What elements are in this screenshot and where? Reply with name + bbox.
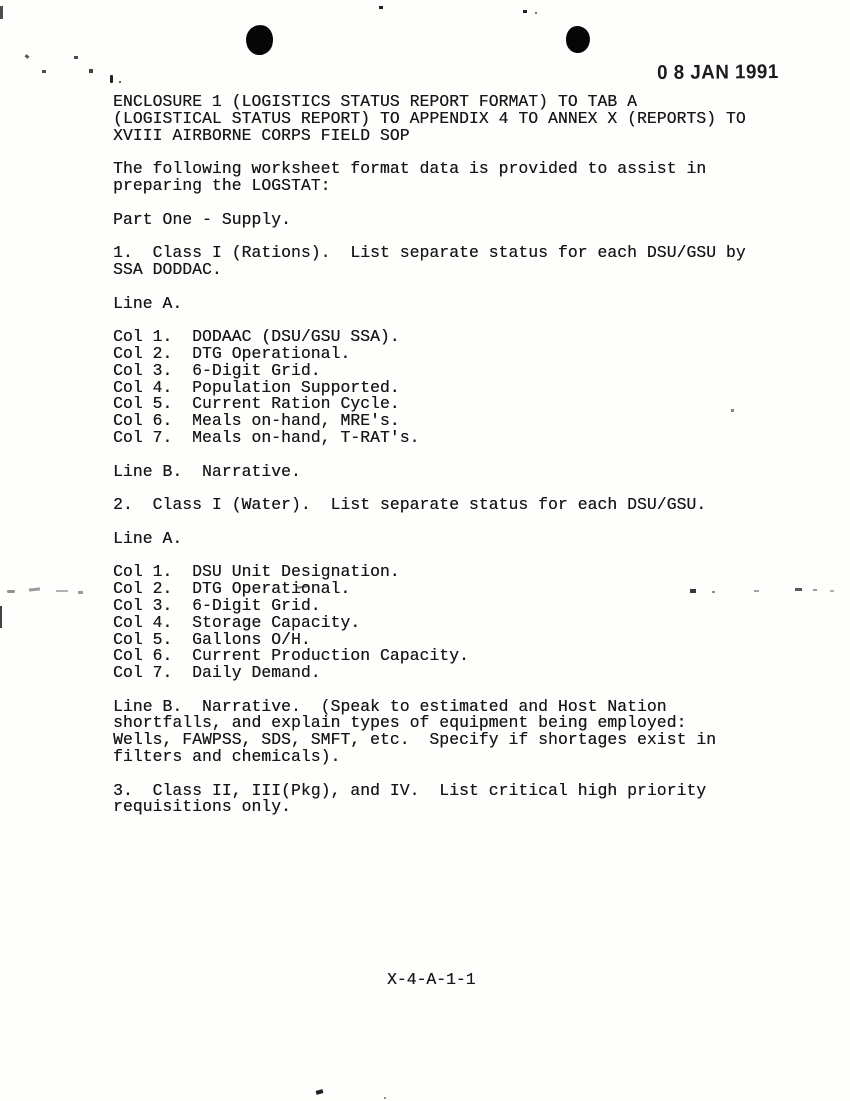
scanned-document-page: 0 8 JAN 1991 ENCLOSURE 1 (LOGISTICS STAT…: [0, 0, 850, 1101]
scan-speck: [119, 81, 121, 83]
scan-speck: [0, 606, 2, 628]
date-stamp: 0 8 JAN 1991: [657, 61, 779, 85]
scan-speck: [830, 590, 834, 592]
item-2-line-a: Line A.: [113, 531, 813, 548]
scan-speck: [56, 590, 68, 592]
item-1-line-b: Line B. Narrative.: [113, 464, 813, 481]
scan-speck: [89, 69, 93, 73]
item-2-line-b-narrative: Line B. Narrative. (Speak to estimated a…: [113, 699, 813, 766]
scan-speck: [813, 589, 817, 591]
item-1-lead: 1. Class I (Rations). List separate stat…: [113, 245, 813, 279]
scan-speck: [74, 56, 78, 59]
part-one-heading: Part One - Supply.: [113, 212, 813, 229]
item-1-col-list: Col 1. DODAAC (DSU/GSU SSA). Col 2. DTG …: [113, 329, 813, 447]
scan-speck: [0, 6, 3, 19]
enclosure-heading: ENCLOSURE 1 (LOGISTICS STATUS REPORT FOR…: [113, 94, 813, 144]
scan-speck: [25, 54, 30, 59]
scan-speck: [379, 6, 383, 9]
page-number: X-4-A-1-1: [387, 970, 476, 989]
scan-speck: [712, 591, 715, 593]
scan-speck: [29, 587, 40, 591]
intro-paragraph: The following worksheet format data is p…: [113, 161, 813, 195]
scan-speck: [110, 75, 113, 83]
item-2-lead: 2. Class I (Water). List separate status…: [113, 497, 813, 514]
scan-speck: [754, 590, 759, 592]
item-2-col-list: Col 1. DSU Unit Designation. Col 2. DTG …: [113, 564, 813, 682]
scan-speck: [42, 70, 46, 73]
scan-speck: [690, 589, 696, 593]
scan-speck: [316, 1089, 324, 1095]
scan-speck: [78, 591, 83, 594]
punch-hole-dot-left: [244, 23, 275, 56]
scan-speck: [7, 590, 15, 593]
item-1-line-a: Line A.: [113, 296, 813, 313]
scan-speck: [795, 588, 802, 591]
item-3: 3. Class II, III(Pkg), and IV. List crit…: [113, 783, 813, 817]
document-body: ENCLOSURE 1 (LOGISTICS STATUS REPORT FOR…: [113, 94, 813, 833]
scan-speck: [535, 12, 537, 14]
scan-speck: [731, 409, 734, 412]
scan-speck: [384, 1097, 386, 1099]
punch-hole-dot-right: [565, 25, 592, 54]
scan-speck: [523, 10, 527, 13]
